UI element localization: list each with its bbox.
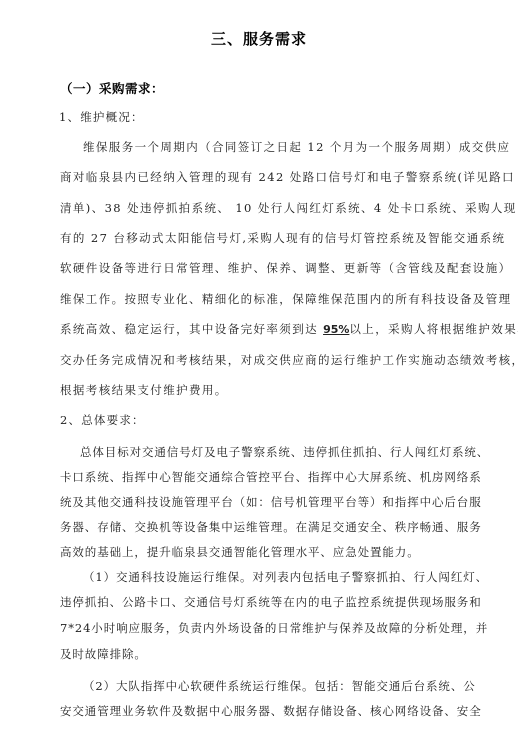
section-heading-procurement: （一）采购需求： [60, 79, 164, 97]
paragraph-line: 及时故障排除。 [60, 646, 478, 662]
page-title: 三、服务需求 [0, 28, 518, 49]
completion-rate-value: 95% [323, 323, 349, 336]
paragraph-line: 商对临泉县内已经纳入管理的现有 242 处路口信号灯和电子警察系统(详见路口 [60, 169, 478, 185]
paragraph-line: 统及其他交通科技设施管理平台（如：信号机管理平台等）和指挥中心后台服 [60, 494, 478, 510]
paragraph-line: 清单)、38 处违停抓拍系统、 10 处行人闯红灯系统、4 处卡口系统、采购人现 [60, 200, 478, 216]
paragraph-line: 维保服务一个周期内（合同签订之日起 12 个月为一个服务周期）成交供应 [83, 139, 501, 155]
subheading-general-requirements: 2、总体要求： [60, 412, 145, 428]
paragraph-line: 务器、存储、交换机等设备集中运维管理。在满足交通安全、秩序畅通、服务 [60, 519, 478, 535]
paragraph-line: 7*24小时响应服务，负责内外场设备的日常维护与保养及故障的分析处理，并 [60, 620, 478, 636]
document-page: 三、服务需求 （一）采购需求： 1、维护概况： 维保服务一个周期内（合同签订之日… [0, 0, 518, 734]
paragraph-line: 维保工作。按照专业化、精细化的标准，保障维保范围内的所有科技设备及管理 [60, 291, 478, 307]
paragraph-line: 高效的基础上，提升临泉县交通智能化管理水平、应急处置能力。 [60, 544, 478, 560]
paragraph-line: 总体目标对交通信号灯及电子警察系统、违停抓住抓拍、行人闯红灯系统、 [80, 444, 498, 460]
paragraph-text: 系统高效、稳定运行，其中设备完好率须到达 [60, 322, 323, 336]
paragraph-line: 卡口系统、指挥中心智能交通综合管控平台、指挥中心大屏系统、机房网络系 [60, 469, 478, 485]
paragraph-line: 有的 27 台移动式太阳能信号灯,采购人现有的信号灯管控系统及智能交通系统 [60, 230, 478, 246]
subheading-maintenance-overview: 1、维护概况： [59, 109, 144, 125]
paragraph-line: 软硬件设备等进行日常管理、维护、保养、调整、更新等（含管线及配套设施） [60, 260, 478, 276]
paragraph-line: （1）交通科技设施运行维保。对列表内包括电子警察抓拍、行人闯红灯、 [83, 569, 501, 585]
paragraph-text: 以上，采购人将根据维护效果、 [349, 322, 518, 336]
paragraph-line: 根据考核结果支付维护费用。 [60, 382, 478, 398]
paragraph-line: 交办任务完成情况和考核结果，对成交供应商的运行维护工作实施动态绩效考核， [60, 352, 478, 368]
paragraph-line: 系统高效、稳定运行，其中设备完好率须到达 95%以上，采购人将根据维护效果、 [60, 321, 478, 337]
paragraph-line: （2）大队指挥中心软硬件系统运行维保。包括：智能交通后台系统、公 [83, 678, 501, 694]
paragraph-line: 违停抓拍、公路卡口、交通信号灯系统等在内的电子监控系统提供现场服务和 [60, 594, 478, 610]
paragraph-line: 安交通管理业务软件及数据中心服务器、数据存储设备、核心网络设备、安全 [60, 703, 478, 719]
